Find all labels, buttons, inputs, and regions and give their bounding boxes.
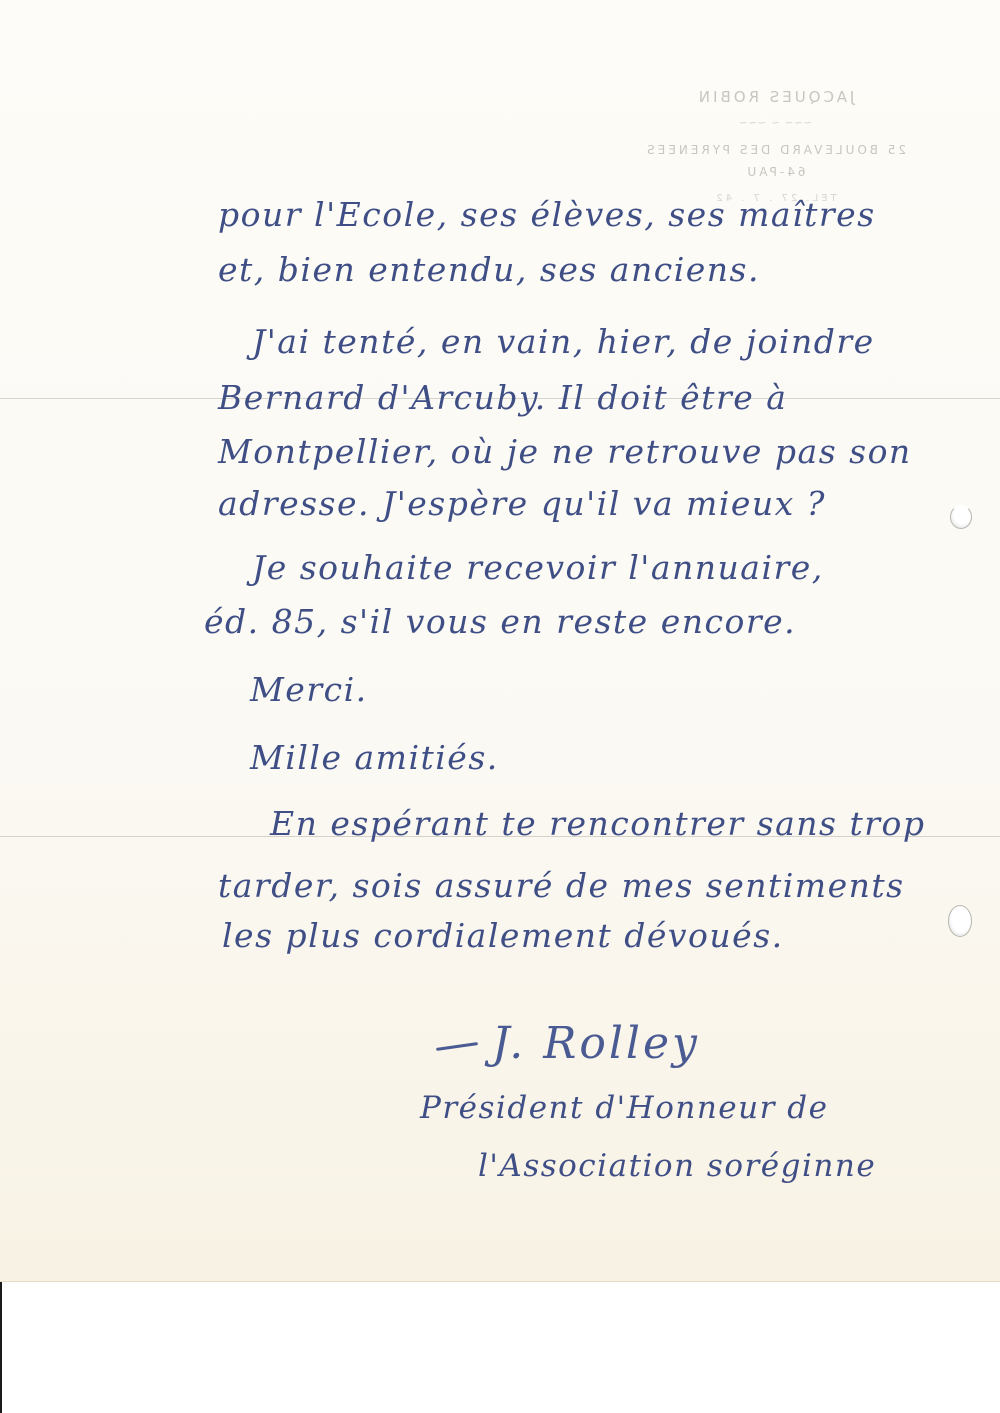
letter-line: adresse. J'espère qu'il va mieux ? bbox=[218, 484, 826, 523]
letterhead-show-through: JACQUES ROBIN ~~~ ~ ~~~ 25 BOULEVARD DES… bbox=[600, 80, 950, 204]
letter-line: et, bien entendu, ses anciens. bbox=[218, 250, 760, 289]
punch-hole bbox=[948, 905, 972, 937]
signature-dash bbox=[436, 1042, 478, 1051]
letterhead-city: 64-PAU bbox=[600, 165, 950, 179]
letterhead-address: 25 BOULEVARD DES PYRENEES bbox=[600, 143, 950, 157]
scan-edge-line bbox=[0, 1282, 2, 1413]
letter-line: Montpellier, où je ne retrouve pas son bbox=[218, 432, 912, 471]
letter-line: pour l'Ecole, ses élèves, ses maîtres bbox=[218, 195, 876, 234]
letter-line: éd. 85, s'il vous en reste encore. bbox=[204, 602, 796, 641]
letter-line: Mille amitiés. bbox=[250, 738, 499, 777]
signature-text: J. Rolley bbox=[492, 1018, 700, 1069]
scanned-letter-page: JACQUES ROBIN ~~~ ~ ~~~ 25 BOULEVARD DES… bbox=[0, 0, 1000, 1413]
letter-line: Merci. bbox=[250, 670, 368, 709]
punch-hole bbox=[950, 505, 972, 529]
letter-line: Je souhaite recevoir l'annuaire, bbox=[252, 548, 824, 587]
letterhead-name: JACQUES ROBIN bbox=[600, 88, 950, 106]
letter-line: les plus cordialement dévoués. bbox=[222, 916, 784, 955]
letter-line: J'ai tenté, en vain, hier, de joindre bbox=[252, 322, 875, 361]
letter-line: tarder, sois assuré de mes sentiments bbox=[218, 866, 905, 905]
letter-line: En espérant te rencontrer sans trop bbox=[270, 804, 926, 843]
signature: J. Rolley bbox=[436, 1018, 700, 1069]
letterhead-subtitle: ~~~ ~ ~~~ bbox=[600, 118, 950, 129]
letter-line: Bernard d'Arcuby. Il doit être à bbox=[218, 378, 787, 417]
signature-title-line-1: Président d'Honneur de bbox=[420, 1090, 828, 1126]
signature-title-line-2: l'Association soréginne bbox=[478, 1148, 876, 1184]
letter-paper: JACQUES ROBIN ~~~ ~ ~~~ 25 BOULEVARD DES… bbox=[0, 0, 1000, 1282]
